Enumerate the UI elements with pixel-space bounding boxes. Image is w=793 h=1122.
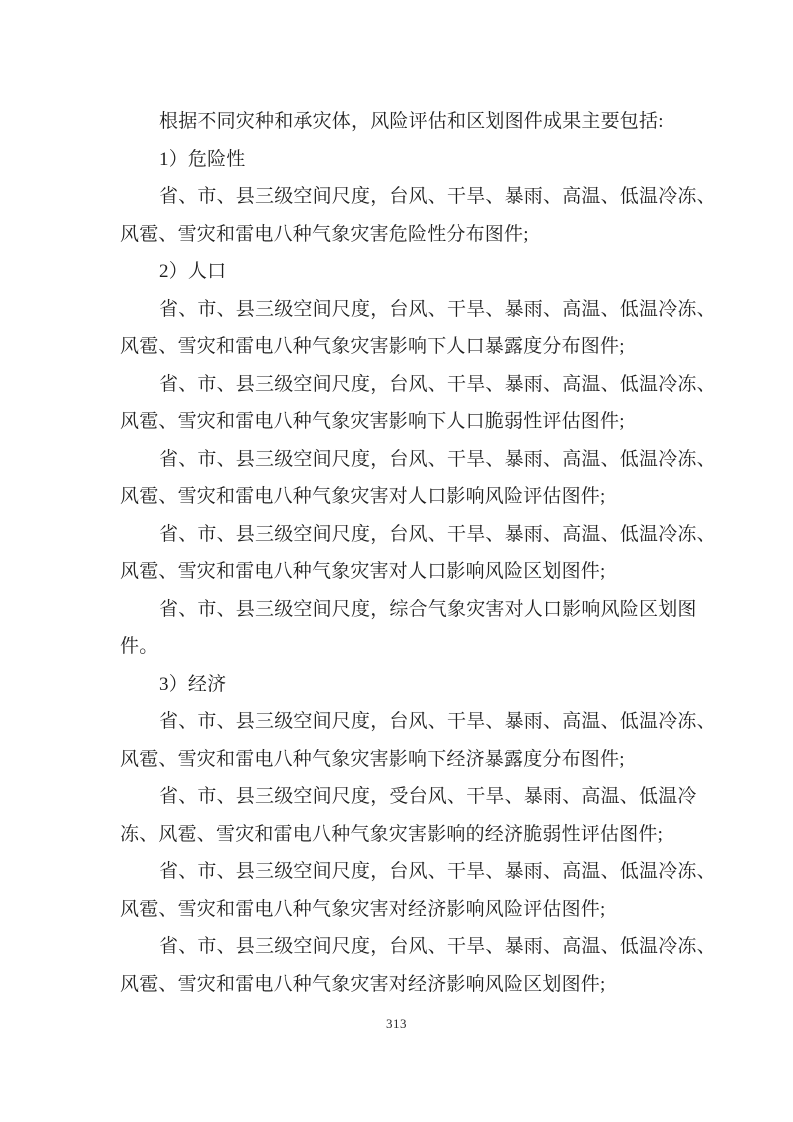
paragraph-heading-economy: 3）经济 — [120, 666, 685, 704]
paragraph-population-exposure-maps: 省、市、县三级空间尺度，台风、干旱、暴雨、高温、低温冷冻、风雹、雪灾和雷电八种气… — [120, 291, 685, 366]
text-line: 省、市、县三级空间尺度，台风、干旱、暴雨、高温、低温冷冻、 — [120, 441, 685, 479]
document-content: 根据不同灾种和承灾体，风险评估和区划图件成果主要包括:1）危险性省、市、县三级空… — [120, 103, 685, 1003]
text-line: 1）危险性 — [120, 141, 685, 179]
text-line: 风雹、雪灾和雷电八种气象灾害影响下人口暴露度分布图件; — [120, 328, 685, 366]
text-line: 2）人口 — [120, 253, 685, 291]
text-line: 风雹、雪灾和雷电八种气象灾害对经济影响风险区划图件; — [120, 966, 685, 1004]
text-line: 省、市、县三级空间尺度，受台风、干旱、暴雨、高温、低温冷 — [120, 778, 685, 816]
text-line: 省、市、县三级空间尺度，台风、干旱、暴雨、高温、低温冷冻、 — [120, 703, 685, 741]
paragraph-heading-population: 2）人口 — [120, 253, 685, 291]
page-number: 313 — [386, 1016, 407, 1031]
text-line: 省、市、县三级空间尺度，台风、干旱、暴雨、高温、低温冷冻、 — [120, 516, 685, 554]
paragraph-economy-risk-assessment-maps: 省、市、县三级空间尺度，台风、干旱、暴雨、高温、低温冷冻、风雹、雪灾和雷电八种气… — [120, 853, 685, 928]
text-line: 省、市、县三级空间尺度，台风、干旱、暴雨、高温、低温冷冻、 — [120, 366, 685, 404]
paragraph-economy-exposure-maps: 省、市、县三级空间尺度，台风、干旱、暴雨、高温、低温冷冻、风雹、雪灾和雷电八种气… — [120, 703, 685, 778]
text-line: 风雹、雪灾和雷电八种气象灾害危险性分布图件; — [120, 216, 685, 254]
paragraph-economy-vulnerability-maps: 省、市、县三级空间尺度，受台风、干旱、暴雨、高温、低温冷冻、风雹、雪灾和雷电八种… — [120, 778, 685, 853]
paragraph-economy-risk-zoning-maps: 省、市、县三级空间尺度，台风、干旱、暴雨、高温、低温冷冻、风雹、雪灾和雷电八种气… — [120, 928, 685, 1003]
paragraph-population-risk-assessment-maps: 省、市、县三级空间尺度，台风、干旱、暴雨、高温、低温冷冻、风雹、雪灾和雷电八种气… — [120, 441, 685, 516]
text-line: 省、市、县三级空间尺度，台风、干旱、暴雨、高温、低温冷冻、 — [120, 291, 685, 329]
paragraph-heading-hazard: 1）危险性 — [120, 141, 685, 179]
paragraph-hazard-maps: 省、市、县三级空间尺度，台风、干旱、暴雨、高温、低温冷冻、风雹、雪灾和雷电八种气… — [120, 178, 685, 253]
document-page: 根据不同灾种和承灾体，风险评估和区划图件成果主要包括:1）危险性省、市、县三级空… — [0, 0, 793, 1122]
paragraph-population-risk-zoning-maps: 省、市、县三级空间尺度，台风、干旱、暴雨、高温、低温冷冻、风雹、雪灾和雷电八种气… — [120, 516, 685, 591]
text-line: 风雹、雪灾和雷电八种气象灾害对人口影响风险评估图件; — [120, 478, 685, 516]
paragraph-intro: 根据不同灾种和承灾体，风险评估和区划图件成果主要包括: — [120, 103, 685, 141]
text-line: 省、市、县三级空间尺度，综合气象灾害对人口影响风险区划图 — [120, 591, 685, 629]
text-line: 省、市、县三级空间尺度，台风、干旱、暴雨、高温、低温冷冻、 — [120, 178, 685, 216]
paragraph-population-comprehensive-risk-zoning-maps: 省、市、县三级空间尺度，综合气象灾害对人口影响风险区划图件。 — [120, 591, 685, 666]
text-line: 风雹、雪灾和雷电八种气象灾害影响下人口脆弱性评估图件; — [120, 403, 685, 441]
text-line: 3）经济 — [120, 666, 685, 704]
text-line: 根据不同灾种和承灾体，风险评估和区划图件成果主要包括: — [120, 103, 685, 141]
text-line: 风雹、雪灾和雷电八种气象灾害影响下经济暴露度分布图件; — [120, 741, 685, 779]
text-line: 件。 — [120, 628, 685, 666]
paragraph-population-vulnerability-maps: 省、市、县三级空间尺度，台风、干旱、暴雨、高温、低温冷冻、风雹、雪灾和雷电八种气… — [120, 366, 685, 441]
text-line: 省、市、县三级空间尺度，台风、干旱、暴雨、高温、低温冷冻、 — [120, 928, 685, 966]
text-line: 省、市、县三级空间尺度，台风、干旱、暴雨、高温、低温冷冻、 — [120, 853, 685, 891]
text-line: 冻、风雹、雪灾和雷电八种气象灾害影响的经济脆弱性评估图件; — [120, 816, 685, 854]
text-line: 风雹、雪灾和雷电八种气象灾害对经济影响风险评估图件; — [120, 891, 685, 929]
page-footer: 313 — [0, 1015, 793, 1033]
text-line: 风雹、雪灾和雷电八种气象灾害对人口影响风险区划图件; — [120, 553, 685, 591]
